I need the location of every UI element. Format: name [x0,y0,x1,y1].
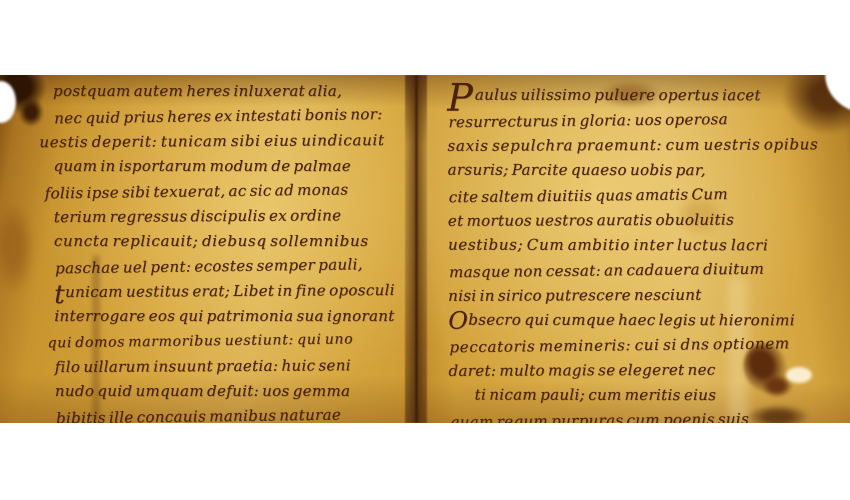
manuscript-text-line: terium regressus discipulis ex ordine [54,203,414,230]
manuscript-text-line: cite saltem diuitiis quas amatis Cum [449,181,847,211]
manuscript-text-line: filo uillarum insuunt praetia: huic seni [55,353,415,380]
manuscript-text-line: daret: multo magis se elegeret nec [448,357,846,384]
manuscript-text-line: resurrecturus in gloria: uos operosa [448,106,846,136]
manuscript-text-line: quam regum purpuras cum poenis suis [450,406,848,423]
manuscript-text-line: arsuris; Parcite quaeso uobis par, [448,158,846,184]
manuscript-photo: postquam autem heres inluxerat alia, nec… [0,75,850,423]
manuscript-text-line: ti nicam pauli; cum meritis eius [475,383,847,409]
manuscript-text-line: bibitis ille concauis manibus naturae [56,402,416,423]
manuscript-text-line: uestis deperit: tunicam sibi eius uindic… [39,128,413,155]
line-segment: arsuris; [448,161,512,179]
manuscript-text-line: interrogare eos qui patrimonia sua ignor… [54,304,414,329]
manuscript-text-line-with-initial: Paulus uilissimo puluere opertus iacet [447,83,845,109]
manuscript-text-line: masque non cessat: an cadauera diuitum [449,256,847,286]
manuscript-text-line: postquam autem heres inluxerat alia, [53,79,413,104]
page-background: postquam autem heres inluxerat alia, nec… [0,0,850,500]
manuscript-text-line: cuncta replicauit; diebusq sollemnibus [54,229,414,254]
manuscript-text-line: nisi in sirico putrescere nesciunt [448,282,846,309]
manuscript-text-line: tunicam uestitus erat; Libet in fine opo… [54,278,414,305]
line-segment-with-initial: Parcite quaeso uobis par, [512,161,706,179]
manuscript-text-line: nudo quid umquam defuit: uos gemma [55,379,415,404]
manuscript-text-line: paschae uel pent: ecostes semper pauli, [55,252,415,282]
manuscript-text-line: et mortuos uestros auratis obuoluitis [448,207,846,234]
manuscript-text-line: uestibus; Cum ambitio inter luctus lacri [448,233,846,259]
manuscript-text-line: quam in isportarum modum de palmae [53,154,413,179]
manuscript-text-line: foliis ipse sibi texuerat, ac sic ad mon… [44,177,414,207]
right-page-text-block: Paulus uilissimo puluere opertus iacet r… [447,82,847,423]
manuscript-text-line-with-initial: Obsecro qui cumque haec legis ut hieroni… [448,308,846,334]
left-page-text-block: postquam autem heres inluxerat alia, nec… [53,78,415,423]
manuscript-text-line: saxis sepulchra praemunt: cum uestris op… [447,132,845,159]
manuscript-text-line: peccatoris memineris: cui si dns optione… [449,331,847,361]
manuscript-text-line: nec quid prius heres ex intestati bonis … [54,102,414,132]
manuscript-text-line: qui domos marmoribus uestiunt: qui uno [47,327,415,357]
